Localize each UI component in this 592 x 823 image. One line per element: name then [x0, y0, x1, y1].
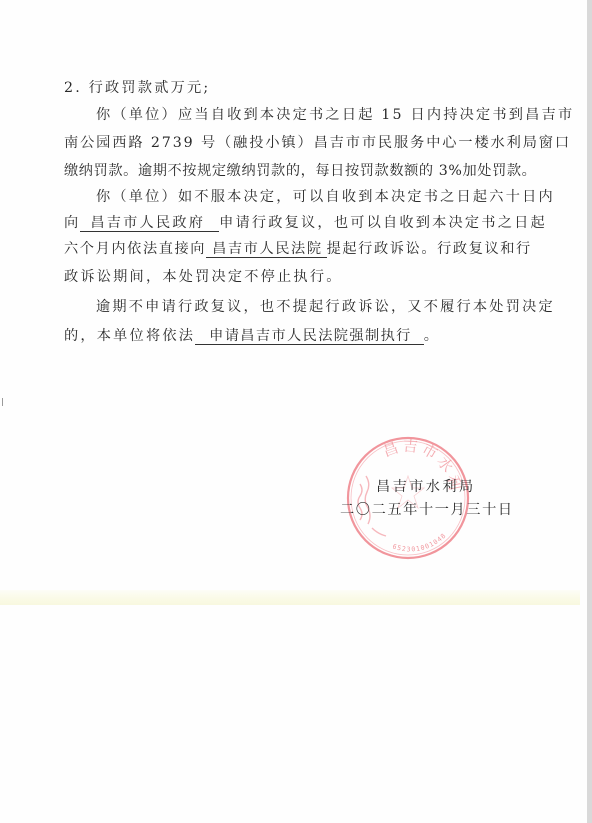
penalty-item-2: 2. 行政罚款贰万元; [64, 79, 516, 97]
official-seal-icon: 昌吉市水利局 652301001048 [346, 436, 470, 560]
appeal-paragraph-line-2: 向昌吉市人民政府申请行政复议，也可以自收到本决定书之日起 [64, 214, 516, 232]
enforcement-paragraph-line-2: 的，本单位将依法申请昌吉市人民法院强制执行。 [64, 327, 516, 345]
enforcement-text: 的，本单位将依法 [64, 328, 195, 344]
court-blank: 昌吉市人民法院 [206, 241, 327, 258]
appeal-paragraph-line-3: 六个月内依法直接向昌吉市人民法院提起行政诉讼。行政复议和行 [64, 240, 516, 258]
issuing-organization: 昌吉市水利局 [376, 476, 476, 496]
appeal-text: 向 [64, 215, 80, 231]
review-authority-blank: 昌吉市人民政府 [80, 215, 219, 232]
issue-date: 二〇二五年十一月三十日 [340, 499, 514, 519]
enforcement-paragraph-line-1: 逾期不申请行政复议，也不提起行政诉讼，又不履行本处罚决定 [96, 298, 516, 316]
page-break-band [0, 590, 580, 605]
payment-paragraph-line-2: 南公园西路 2739 号（融投小镇）昌吉市市民服务中心一楼水利局窗口 [64, 134, 516, 152]
appeal-text: 六个月内依法直接向 [64, 241, 206, 257]
scrollbar-track[interactable] [587, 0, 592, 823]
appeal-paragraph-line-1: 你（单位）如不服本决定，可以自收到本决定书之日起六十日内 [96, 188, 516, 206]
appeal-paragraph-line-4: 政诉讼期间，本处罚决定不停止执行。 [64, 268, 516, 286]
appeal-text: 提起行政诉讼。行政复议和行 [327, 241, 532, 257]
enforcement-text: 。 [424, 328, 440, 344]
payment-paragraph-line-1: 你（单位）应当自收到本决定书之日起 15 日内持决定书到昌吉市 [96, 106, 516, 124]
document-page: 2. 行政罚款贰万元; 你（单位）应当自收到本决定书之日起 15 日内持决定书到… [0, 0, 588, 823]
enforcement-blank: 申请昌吉市人民法院强制执行 [195, 328, 424, 345]
appeal-text: 申请行政复议，也可以自收到本决定书之日起 [219, 215, 547, 231]
payment-paragraph-line-3: 缴纳罚款。逾期不按规定缴纳罚款的，每日按罚款数额的 3%加处罚款。 [64, 162, 516, 180]
scan-mark [2, 398, 3, 406]
